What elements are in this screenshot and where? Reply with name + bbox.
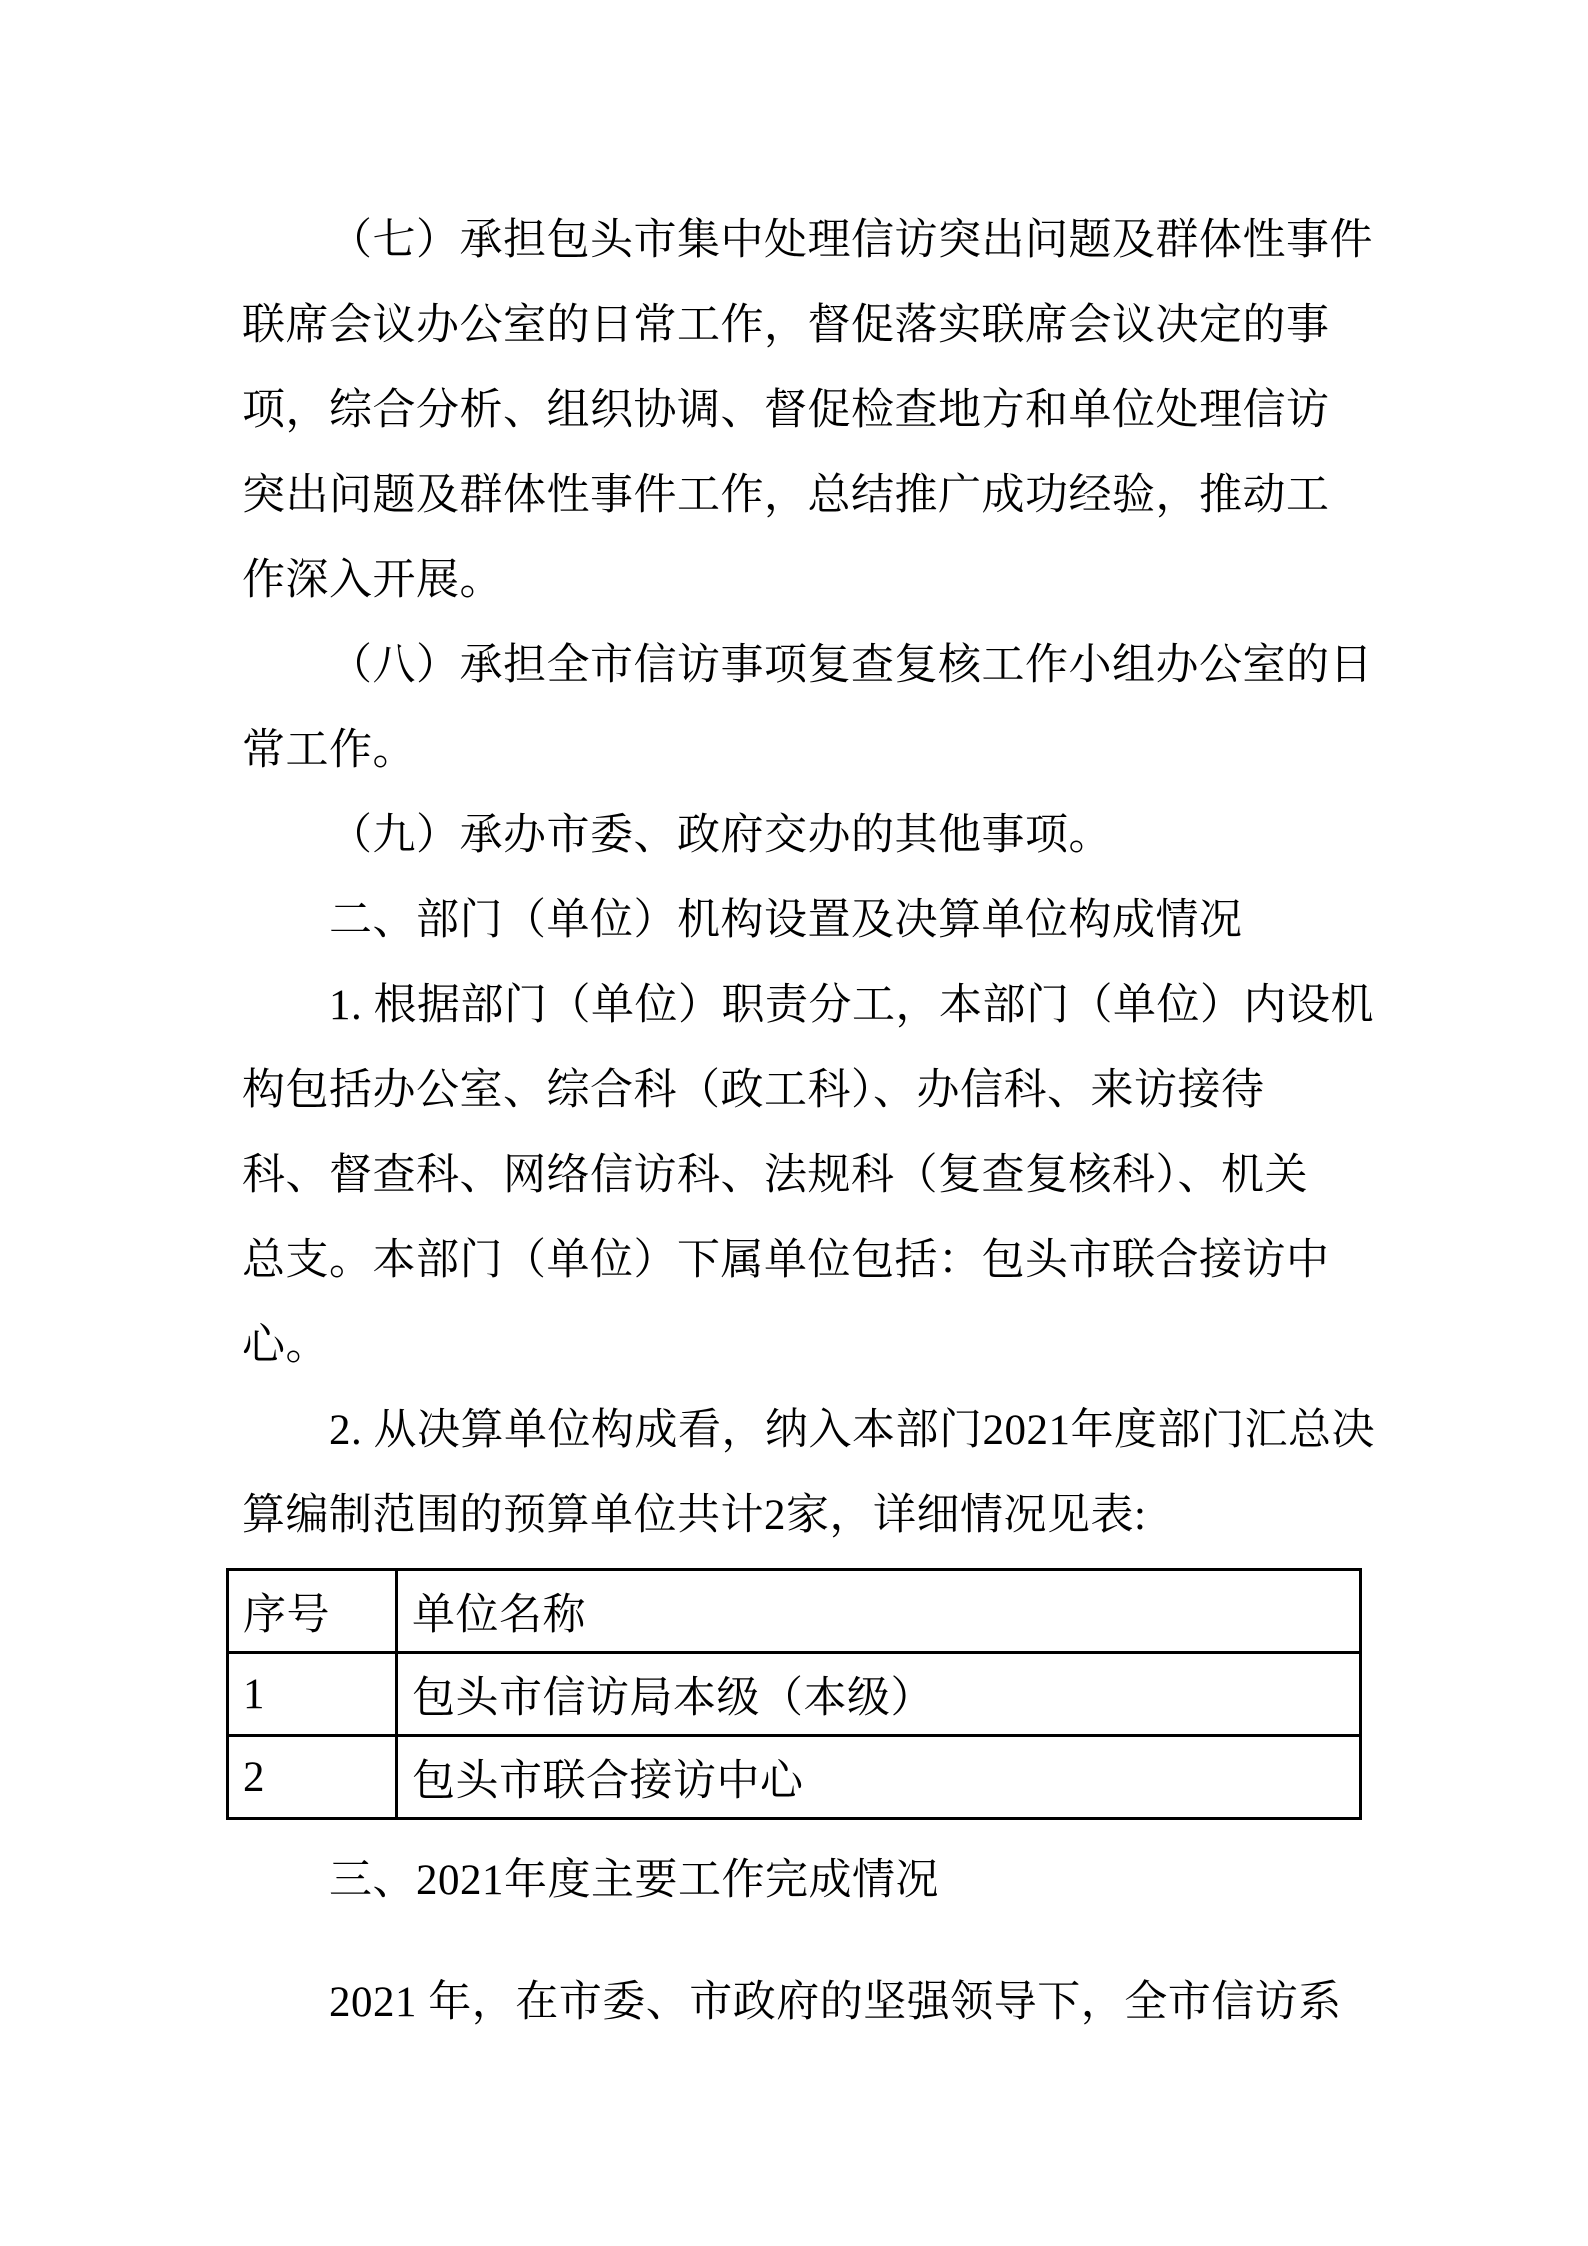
paragraph-line: 2. 从决算单位构成看，纳入本部门2021年度部门汇总决 — [242, 1388, 1362, 1473]
paragraph-line: （七）承担包头市集中处理信访突出问题及群体性事件 — [242, 198, 1362, 283]
paragraph-line: （九）承办市委、政府交办的其他事项。 — [242, 793, 1362, 878]
section-heading-line: 三、2021年度主要工作完成情况 — [242, 1838, 1362, 1923]
paragraph-line: 项，综合分析、组织协调、督促检查地方和单位处理信访 — [242, 368, 1362, 453]
budget-units-table: 序号 单位名称 1 包头市信访局本级（本级） 2 包头市联合接访中心 — [226, 1568, 1362, 1820]
paragraph-line: 联席会议办公室的日常工作，督促落实联席会议决定的事 — [242, 283, 1362, 368]
paragraph-line: 作深入开展。 — [242, 538, 1362, 623]
col-header-index: 序号 — [228, 1570, 397, 1653]
table-header-row: 序号 单位名称 — [228, 1570, 1361, 1653]
cell-row2-index: 2 — [228, 1736, 397, 1819]
paragraph-line: 总支。本部门（单位）下属单位包括：包头市联合接访中 — [242, 1218, 1362, 1303]
table-row: 1 包头市信访局本级（本级） — [228, 1653, 1361, 1736]
paragraph-line: 算编制范围的预算单位共计2家，详细情况见表: — [242, 1473, 1362, 1558]
document-content: （七）承担包头市集中处理信访突出问题及群体性事件 联席会议办公室的日常工作，督促… — [242, 198, 1362, 2045]
paragraph-line: 科、督查科、网络信访科、法规科（复查复核科）、机关 — [242, 1133, 1362, 1218]
document-page: （七）承担包头市集中处理信访突出问题及群体性事件 联席会议办公室的日常工作，督促… — [0, 0, 1588, 2246]
col-header-unit-name: 单位名称 — [397, 1570, 1361, 1653]
cell-row2-unit-name: 包头市联合接访中心 — [397, 1736, 1361, 1819]
paragraph-line: 2021 年，在市委、市政府的坚强领导下，全市信访系 — [242, 1960, 1362, 2045]
cell-row1-index: 1 — [228, 1653, 397, 1736]
cell-row1-unit-name: 包头市信访局本级（本级） — [397, 1653, 1361, 1736]
paragraph-line: 常工作。 — [242, 708, 1362, 793]
paragraph-line: 心。 — [242, 1303, 1362, 1388]
paragraph-line: 1. 根据部门（单位）职责分工，本部门（单位）内设机 — [242, 963, 1362, 1048]
section-heading-line: 二、部门（单位）机构设置及决算单位构成情况 — [242, 878, 1362, 963]
paragraph-line: （八）承担全市信访事项复查复核工作小组办公室的日 — [242, 623, 1362, 708]
paragraph-line: 构包括办公室、综合科（政工科）、办信科、来访接待 — [242, 1048, 1362, 1133]
table-row: 2 包头市联合接访中心 — [228, 1736, 1361, 1819]
paragraph-line: 突出问题及群体性事件工作，总结推广成功经验，推动工 — [242, 453, 1362, 538]
